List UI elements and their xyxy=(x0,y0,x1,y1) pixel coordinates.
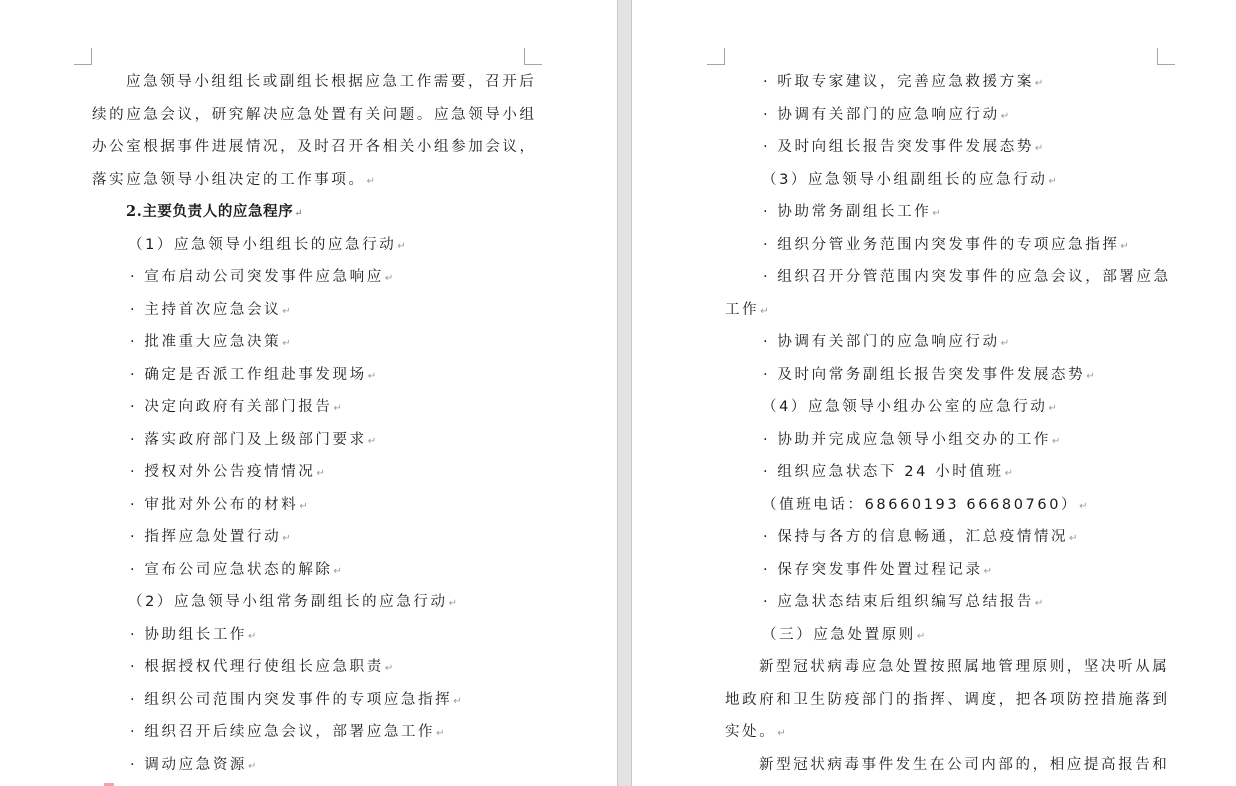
line-text: · 根据授权代理行使组长应急职责 xyxy=(130,659,384,675)
line-text: （三）应急处置原则 xyxy=(762,627,916,643)
paragraph-mark-icon: ↵ xyxy=(984,566,992,577)
paragraph-mark-icon: ↵ xyxy=(316,468,324,479)
paragraph-mark-icon: ↵ xyxy=(1048,176,1056,187)
paragraph-mark-icon: ↵ xyxy=(1052,436,1060,447)
line-text: （4）应急领导小组办公室的应急行动 xyxy=(762,399,1047,415)
paragraph-mark-icon: ↵ xyxy=(282,533,290,544)
paragraph-mark-icon: ↵ xyxy=(282,338,290,349)
text-line[interactable]: · 批准重大应急决策↵ xyxy=(130,332,291,354)
line-text: · 批准重大应急决策 xyxy=(130,334,281,350)
text-line[interactable]: · 确定是否派工作组赴事发现场↵ xyxy=(130,365,376,387)
paragraph-mark-icon: ↵ xyxy=(334,403,342,414)
line-text: · 组织公司范围内突发事件的专项应急指挥 xyxy=(130,692,452,708)
text-line[interactable]: （值班电话：68660193 66680760）↵ xyxy=(762,495,1088,517)
text-line[interactable]: （1）应急领导小组组长的应急行动↵ xyxy=(128,235,406,257)
text-line[interactable]: （三）应急处置原则↵ xyxy=(762,625,925,647)
line-text: · 协助并完成应急领导小组交办的工作 xyxy=(763,432,1051,448)
paragraph-mark-icon: ↵ xyxy=(1048,403,1056,414)
text-line[interactable]: · 指挥应急处置行动↵ xyxy=(130,527,291,549)
line-text: 落实应急领导小组决定的工作事项。 xyxy=(92,172,366,188)
paragraph-mark-icon: ↵ xyxy=(449,598,457,609)
line-text: · 宣布公司应急状态的解除 xyxy=(130,562,333,578)
line-text: · 宣布启动公司突发事件应急响应 xyxy=(130,269,384,285)
paragraph-mark-icon: ↵ xyxy=(368,371,376,382)
text-line[interactable]: · 决定向政府有关部门报告↵ xyxy=(130,397,342,419)
text-line[interactable]: · 应急状态结束后组织编写总结报告↵ xyxy=(763,592,1043,614)
text-line[interactable]: · 组织公司范围内突发事件的专项应急指挥↵ xyxy=(130,690,462,712)
line-text: 实处。 xyxy=(725,724,776,740)
text-line[interactable]: 续的应急会议，研究解决应急处置有关问题。应急领导小组 xyxy=(92,105,537,125)
paragraph-mark-icon: ↵ xyxy=(436,728,444,739)
paragraph-mark-icon: ↵ xyxy=(1120,241,1128,252)
paragraph-mark-icon: ↵ xyxy=(1035,78,1043,89)
text-line[interactable]: （4）应急领导小组办公室的应急行动↵ xyxy=(762,397,1057,419)
text-line[interactable]: · 协调有关部门的应急响应行动↵ xyxy=(763,332,1009,354)
text-line[interactable]: · 宣布公司应急状态的解除↵ xyxy=(130,560,342,582)
text-line[interactable]: · 主持首次应急会议↵ xyxy=(130,300,291,322)
line-text: · 听取专家建议，完善应急救援方案 xyxy=(763,74,1034,90)
line-text: 2.主要负责人的应急程序 xyxy=(126,203,293,220)
line-text: · 组织分管业务范围内突发事件的专项应急指挥 xyxy=(763,237,1119,253)
text-line[interactable]: · 协助组长工作↵ xyxy=(130,625,256,647)
text-line[interactable]: 地政府和卫生防疫部门的指挥、调度，把各项防控措施落到 xyxy=(725,690,1170,710)
line-text: · 调动应急资源 xyxy=(130,757,247,773)
line-text: · 组织召开后续应急会议，部署应急工作 xyxy=(130,724,435,740)
line-text: · 协调有关部门的应急响应行动 xyxy=(763,334,1000,350)
text-line[interactable]: 新型冠状病毒应急处置按照属地管理原则，坚决听从属 xyxy=(759,657,1169,677)
margin-corner-mark-left-top-right xyxy=(524,48,542,65)
paragraph-mark-icon: ↵ xyxy=(777,728,785,739)
text-line[interactable]: · 协调有关部门的应急响应行动↵ xyxy=(763,105,1009,127)
paragraph-mark-icon: ↵ xyxy=(1005,468,1013,479)
line-text: 办公室根据事件进展情况，及时召开各相关小组参加会议， xyxy=(92,139,537,155)
paragraph-mark-icon: ↵ xyxy=(932,208,940,219)
paragraph-mark-icon: ↵ xyxy=(299,501,307,512)
paragraph-mark-icon: ↵ xyxy=(368,436,376,447)
line-text: · 决定向政府有关部门报告 xyxy=(130,399,333,415)
text-line[interactable]: · 组织召开后续应急会议，部署应急工作↵ xyxy=(130,722,445,744)
line-text: · 确定是否派工作组赴事发现场 xyxy=(130,367,367,383)
paragraph-mark-icon: ↵ xyxy=(1001,338,1009,349)
margin-corner-mark-left-top-left xyxy=(74,48,92,65)
line-text: 新型冠状病毒应急处置按照属地管理原则，坚决听从属 xyxy=(759,659,1169,675)
line-text: 工作 xyxy=(725,302,759,318)
line-text: · 及时向组长报告突发事件发展态势 xyxy=(763,139,1034,155)
line-text: 新型冠状病毒事件发生在公司内部的，相应提高报告和 xyxy=(759,757,1169,773)
text-line[interactable]: · 授权对外公告疫情情况↵ xyxy=(130,462,325,484)
text-line[interactable]: · 组织分管业务范围内突发事件的专项应急指挥↵ xyxy=(763,235,1129,257)
paragraph-mark-icon: ↵ xyxy=(282,306,290,317)
text-line[interactable]: 应急领导小组组长或副组长根据应急工作需要，召开后 xyxy=(126,72,536,92)
text-line[interactable]: · 协助并完成应急领导小组交办的工作↵ xyxy=(763,430,1060,452)
paragraph-mark-icon: ↵ xyxy=(1079,501,1087,512)
section-heading[interactable]: 2.主要负责人的应急程序↵ xyxy=(126,202,303,224)
text-line[interactable]: · 审批对外公布的材料↵ xyxy=(130,495,308,517)
paragraph-mark-icon: ↵ xyxy=(1069,533,1077,544)
line-text: 地政府和卫生防疫部门的指挥、调度，把各项防控措施落到 xyxy=(725,692,1170,708)
paragraph-mark-icon: ↵ xyxy=(453,696,461,707)
paragraph-mark-icon: ↵ xyxy=(385,663,393,674)
line-text: · 协助常务副组长工作 xyxy=(763,204,931,220)
line-text: · 协助组长工作 xyxy=(130,627,247,643)
paragraph-mark-icon: ↵ xyxy=(1035,143,1043,154)
text-line[interactable]: · 组织召开分管范围内突发事件的应急会议，部署应急 xyxy=(763,267,1171,287)
line-text: · 保持与各方的信息畅通，汇总疫情情况 xyxy=(763,529,1068,545)
text-line[interactable]: · 保存突发事件处置过程记录↵ xyxy=(763,560,992,582)
paragraph-mark-icon: ↵ xyxy=(385,273,393,284)
line-text: · 主持首次应急会议 xyxy=(130,302,281,318)
paragraph-mark-icon: ↵ xyxy=(248,761,256,772)
line-text: · 授权对外公告疫情情况 xyxy=(130,464,315,480)
line-text: · 落实政府部门及上级部门要求 xyxy=(130,432,367,448)
text-line[interactable]: （3）应急领导小组副组长的应急行动↵ xyxy=(762,170,1057,192)
line-text: （1）应急领导小组组长的应急行动 xyxy=(128,237,396,253)
paragraph-mark-icon: ↵ xyxy=(1086,371,1094,382)
text-line[interactable]: 工作↵ xyxy=(725,300,769,322)
text-line[interactable]: · 保持与各方的信息畅通，汇总疫情情况↵ xyxy=(763,527,1078,549)
text-line[interactable]: · 组织应急状态下 24 小时值班↵ xyxy=(763,462,1013,484)
paragraph-mark-icon: ↵ xyxy=(248,631,256,642)
paragraph-mark-icon: ↵ xyxy=(367,176,375,187)
text-line[interactable]: · 落实政府部门及上级部门要求↵ xyxy=(130,430,376,452)
line-text: （2）应急领导小组常务副组长的应急行动 xyxy=(128,594,448,610)
margin-corner-mark-right-top-right xyxy=(1157,48,1175,65)
page-separator xyxy=(617,0,632,786)
text-line[interactable]: 实处。↵ xyxy=(725,722,786,744)
margin-corner-mark-right-top-left xyxy=(707,48,725,65)
text-line[interactable]: 落实应急领导小组决定的工作事项。↵ xyxy=(92,170,375,192)
text-line[interactable]: 新型冠状病毒事件发生在公司内部的，相应提高报告和 xyxy=(759,755,1169,775)
line-text: 应急领导小组组长或副组长根据应急工作需要，召开后 xyxy=(126,74,536,90)
paragraph-mark-icon: ↵ xyxy=(334,566,342,577)
line-text: 续的应急会议，研究解决应急处置有关问题。应急领导小组 xyxy=(92,107,537,123)
paragraph-mark-icon: ↵ xyxy=(760,306,768,317)
text-line[interactable]: · 协助常务副组长工作↵ xyxy=(763,202,941,224)
text-line[interactable]: · 宣布启动公司突发事件应急响应↵ xyxy=(130,267,393,289)
line-text: · 组织召开分管范围内突发事件的应急会议，部署应急 xyxy=(763,269,1171,285)
text-line[interactable]: · 及时向组长报告突发事件发展态势↵ xyxy=(763,137,1043,159)
line-text: · 审批对外公布的材料 xyxy=(130,497,298,513)
text-line[interactable]: · 听取专家建议，完善应急救援方案↵ xyxy=(763,72,1043,94)
text-line[interactable]: · 调动应急资源↵ xyxy=(130,755,256,777)
text-line[interactable]: · 根据授权代理行使组长应急职责↵ xyxy=(130,657,393,679)
line-text: （3）应急领导小组副组长的应急行动 xyxy=(762,172,1047,188)
paragraph-mark-icon: ↵ xyxy=(917,631,925,642)
paragraph-mark-icon: ↵ xyxy=(397,241,405,252)
line-text: · 指挥应急处置行动 xyxy=(130,529,281,545)
text-line[interactable]: （2）应急领导小组常务副组长的应急行动↵ xyxy=(128,592,457,614)
line-text: · 组织应急状态下 24 小时值班 xyxy=(763,464,1004,480)
line-text: · 应急状态结束后组织编写总结报告 xyxy=(763,594,1034,610)
paragraph-mark-icon: ↵ xyxy=(1035,598,1043,609)
text-line[interactable]: 办公室根据事件进展情况，及时召开各相关小组参加会议， xyxy=(92,137,537,157)
line-text: · 协调有关部门的应急响应行动 xyxy=(763,107,1000,123)
paragraph-mark-icon: ↵ xyxy=(294,208,302,219)
line-text: · 及时向常务副组长报告突发事件发展态势 xyxy=(763,367,1085,383)
line-text: · 保存突发事件处置过程记录 xyxy=(763,562,983,578)
text-line[interactable]: · 及时向常务副组长报告突发事件发展态势↵ xyxy=(763,365,1095,387)
line-text: （值班电话：68660193 66680760） xyxy=(762,497,1078,513)
paragraph-mark-icon: ↵ xyxy=(1001,111,1009,122)
